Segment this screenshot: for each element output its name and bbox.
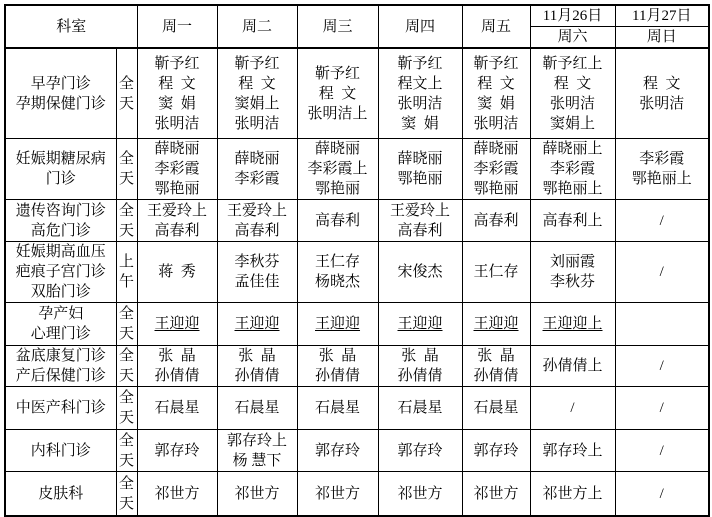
header-tuesday: 周二 <box>217 5 297 48</box>
schedule-page: 科室 周一 周二 周三 周四 周五 11月26日 11月27日 周六 周日 早孕… <box>0 0 712 515</box>
schedule-cell: 靳予红 程文上 张明洁 窦 娟 <box>378 48 462 139</box>
schedule-cell: 薛晓丽 李彩霞 鄂艳丽 <box>137 139 217 200</box>
header-friday: 周五 <box>462 5 530 48</box>
department-cell: 皮肤科 <box>5 472 116 517</box>
schedule-cell: 靳予红 程 文 张明洁上 <box>297 48 378 139</box>
table-row: 早孕门诊 孕期保健门诊 全天 靳予红 程 文 窦 娟 张明洁 靳予红 程 文 窦… <box>5 48 709 139</box>
schedule-cell: 李彩霞 鄂艳丽上 <box>615 139 709 200</box>
schedule-cell: 王爱玲上 高春利 <box>378 200 462 242</box>
schedule-cell: 薛晓丽 李彩霞 <box>217 139 297 200</box>
period-cell: 全天 <box>116 430 137 472</box>
schedule-cell: 薛晓丽 李彩霞 鄂艳丽 <box>462 139 530 200</box>
table-row: 孕产妇 心理门诊 全天 王迎迎 王迎迎 王迎迎 王迎迎 王迎迎 王迎迎上 <box>5 303 709 346</box>
schedule-cell: 王迎迎 <box>217 303 297 346</box>
schedule-cell: / <box>615 346 709 387</box>
period-cell: 全天 <box>116 472 137 517</box>
header-wednesday: 周三 <box>297 5 378 48</box>
department-cell: 内科门诊 <box>5 430 116 472</box>
schedule-cell: 祁世方 <box>378 472 462 517</box>
schedule-cell: 石晨星 <box>378 387 462 430</box>
schedule-cell: 刘丽霞 李秋芬 <box>530 242 615 303</box>
department-cell: 盆底康复门诊 产后保健门诊 <box>5 346 116 387</box>
schedule-cell: 郭存玲 <box>462 430 530 472</box>
header-row-top: 科室 周一 周二 周三 周四 周五 11月26日 11月27日 <box>5 5 709 27</box>
table-row: 内科门诊 全天 郭存玲 郭存玲上 杨 慧下 郭存玲 郭存玲 郭存玲 郭存玲上 / <box>5 430 709 472</box>
schedule-cell: 王迎迎 <box>462 303 530 346</box>
header-thursday: 周四 <box>378 5 462 48</box>
schedule-cell: 张 晶 孙倩倩 <box>137 346 217 387</box>
header-saturday-date: 11月26日 <box>530 5 615 27</box>
schedule-cell: 王仁存 <box>462 242 530 303</box>
schedule-cell: / <box>615 242 709 303</box>
schedule-cell: / <box>615 472 709 517</box>
schedule-cell: 程 文 张明洁 <box>615 48 709 139</box>
schedule-cell: 孙倩倩上 <box>530 346 615 387</box>
table-row: 妊娠期高血压 疤痕子宫门诊 双胎门诊 上午 蒋 秀 李秋芬 孟佳佳 王仁存 杨晓… <box>5 242 709 303</box>
schedule-cell: 高春利上 <box>530 200 615 242</box>
department-cell: 妊娠期糖尿病 门诊 <box>5 139 116 200</box>
department-cell: 中医产科门诊 <box>5 387 116 430</box>
header-monday: 周一 <box>137 5 217 48</box>
table-row: 中医产科门诊 全天 石晨星 石晨星 石晨星 石晨星 石晨星 / / <box>5 387 709 430</box>
schedule-cell: / <box>615 387 709 430</box>
header-sunday-date: 11月27日 <box>615 5 709 27</box>
period-cell: 全天 <box>116 139 137 200</box>
schedule-cell: 靳予红 程 文 窦娟上 张明洁 <box>217 48 297 139</box>
schedule-cell: 石晨星 <box>462 387 530 430</box>
schedule-cell <box>615 303 709 346</box>
department-cell: 孕产妇 心理门诊 <box>5 303 116 346</box>
schedule-cell: 祁世方 <box>217 472 297 517</box>
schedule-cell: 郭存玲 <box>297 430 378 472</box>
header-sunday: 周日 <box>615 27 709 49</box>
schedule-cell: / <box>615 200 709 242</box>
schedule-cell: 王迎迎上 <box>530 303 615 346</box>
schedule-cell: 祁世方 <box>137 472 217 517</box>
schedule-cell: 张 晶 孙倩倩 <box>378 346 462 387</box>
schedule-cell: 高春利 <box>462 200 530 242</box>
department-cell: 早孕门诊 孕期保健门诊 <box>5 48 116 139</box>
department-cell: 遗传咨询门诊 高危门诊 <box>5 200 116 242</box>
table-row: 妊娠期糖尿病 门诊 全天 薛晓丽 李彩霞 鄂艳丽 薛晓丽 李彩霞 薛晓丽 李彩霞… <box>5 139 709 200</box>
table-row: 遗传咨询门诊 高危门诊 全天 王爱玲上 高春利 王爱玲上 高春利 高春利 王爱玲… <box>5 200 709 242</box>
schedule-cell: 宋俊杰 <box>378 242 462 303</box>
schedule-cell: 靳予红 程 文 窦 娟 张明洁 <box>137 48 217 139</box>
period-cell: 全天 <box>116 48 137 139</box>
table-row: 盆底康复门诊 产后保健门诊 全天 张 晶 孙倩倩 张 晶 孙倩倩 张 晶 孙倩倩… <box>5 346 709 387</box>
schedule-cell: 靳予红上 程 文 张明洁 窦娟上 <box>530 48 615 139</box>
schedule-cell: 王爱玲上 高春利 <box>137 200 217 242</box>
schedule-cell: 薛晓丽上 李彩霞 鄂艳丽上 <box>530 139 615 200</box>
schedule-cell: 王仁存 杨晓杰 <box>297 242 378 303</box>
schedule-cell: 张 晶 孙倩倩 <box>297 346 378 387</box>
schedule-cell: 石晨星 <box>137 387 217 430</box>
schedule-cell: 祁世方 <box>297 472 378 517</box>
schedule-cell: 张 晶 孙倩倩 <box>462 346 530 387</box>
schedule-cell: 薛晓丽 鄂艳丽 <box>378 139 462 200</box>
schedule-cell: 张 晶 孙倩倩 <box>217 346 297 387</box>
schedule-cell: 郭存玲上 <box>530 430 615 472</box>
table-row: 皮肤科 全天 祁世方 祁世方 祁世方 祁世方 祁世方 祁世方上 / <box>5 472 709 517</box>
schedule-cell: 郭存玲上 杨 慧下 <box>217 430 297 472</box>
schedule-cell: 石晨星 <box>217 387 297 430</box>
period-cell: 全天 <box>116 387 137 430</box>
schedule-cell: 王迎迎 <box>137 303 217 346</box>
schedule-cell: 王迎迎 <box>378 303 462 346</box>
schedule-cell: 郭存玲 <box>378 430 462 472</box>
department-cell: 妊娠期高血压 疤痕子宫门诊 双胎门诊 <box>5 242 116 303</box>
schedule-cell: 祁世方上 <box>530 472 615 517</box>
period-cell: 全天 <box>116 303 137 346</box>
schedule-cell: 李秋芬 孟佳佳 <box>217 242 297 303</box>
period-cell: 全天 <box>116 346 137 387</box>
schedule-cell: 郭存玲 <box>137 430 217 472</box>
period-cell: 上午 <box>116 242 137 303</box>
schedule-cell: 王迎迎 <box>297 303 378 346</box>
schedule-cell: 高春利 <box>297 200 378 242</box>
period-cell: 全天 <box>116 200 137 242</box>
schedule-cell: 靳予红 程 文 窦 娟 张明洁 <box>462 48 530 139</box>
duty-schedule-table: 科室 周一 周二 周三 周四 周五 11月26日 11月27日 周六 周日 早孕… <box>4 4 710 517</box>
schedule-cell: 薛晓丽 李彩霞上 鄂艳丽 <box>297 139 378 200</box>
header-saturday: 周六 <box>530 27 615 49</box>
schedule-cell: / <box>530 387 615 430</box>
schedule-cell: / <box>615 430 709 472</box>
schedule-cell: 王爱玲上 高春利 <box>217 200 297 242</box>
header-department: 科室 <box>5 5 137 48</box>
schedule-cell: 祁世方 <box>462 472 530 517</box>
schedule-cell: 石晨星 <box>297 387 378 430</box>
schedule-cell: 蒋 秀 <box>137 242 217 303</box>
